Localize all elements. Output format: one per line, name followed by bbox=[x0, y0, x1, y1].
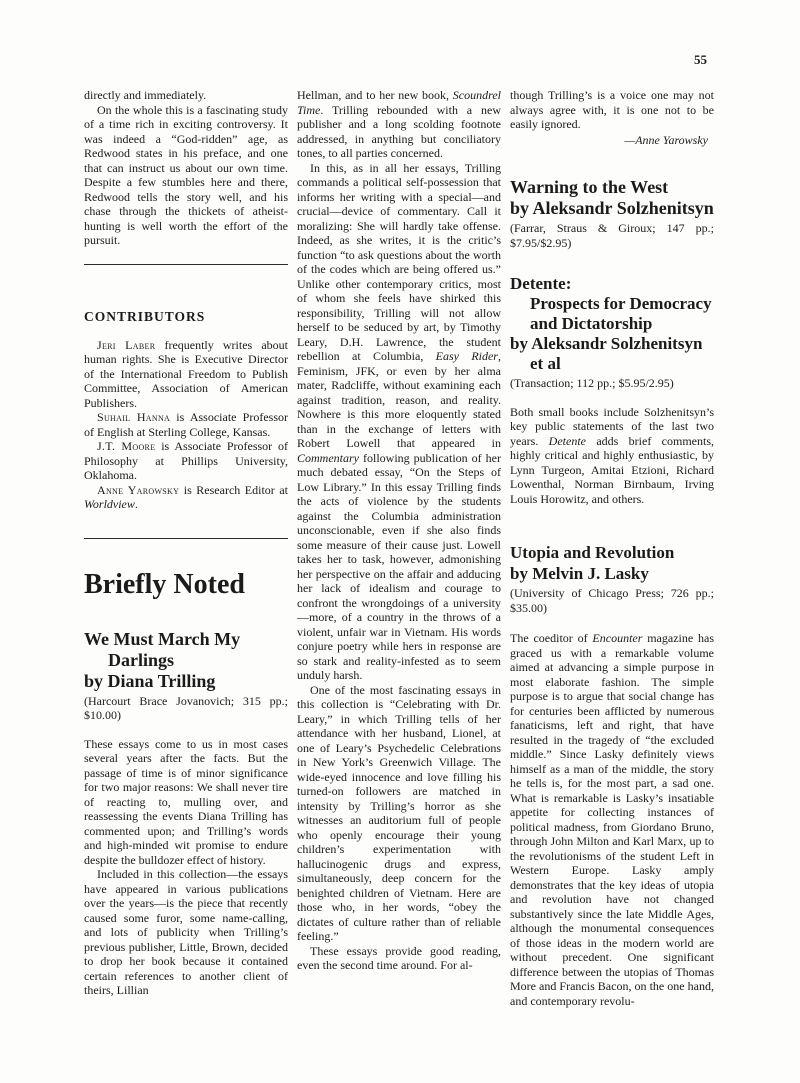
book-title-inline: Detente bbox=[549, 434, 586, 448]
book-title-line: Warning to the West bbox=[510, 177, 714, 198]
book-author: by Diana Trilling bbox=[84, 671, 288, 692]
review-utopia-and-revolution: Utopia and Revolutionby Melvin J. Lasky … bbox=[510, 542, 714, 1008]
book-author-suffix: et al bbox=[510, 354, 714, 374]
paragraph: These essays provide good reading, even … bbox=[297, 944, 501, 973]
book-title-line: Utopia and Revolution bbox=[510, 542, 714, 563]
review-we-must-march: We Must March MyDarlingsby Diana Trillin… bbox=[84, 629, 288, 998]
text-run: , Feminism, JFK, or even by her alma mat… bbox=[297, 349, 501, 450]
book-title: Detente:Prospects for Democracyand Dicta… bbox=[510, 274, 714, 374]
page-columns: directly and immediately. On the whole t… bbox=[0, 0, 800, 1008]
paragraph-continuation: Hellman, and to her new book, Scoundrel … bbox=[297, 88, 501, 161]
book-title: We Must March MyDarlingsby Diana Trillin… bbox=[84, 629, 288, 692]
paragraph-continuation-end: directly and immediately. bbox=[84, 88, 288, 103]
publisher-info: (Farrar, Straus & Giroux; 147 pp.; $7.95… bbox=[510, 221, 714, 250]
paragraph: These essays come to us in most cases se… bbox=[84, 737, 288, 868]
contributor-entry: Jeri Laber frequently writes about human… bbox=[84, 338, 288, 411]
middle-column: Hellman, and to her new book, Scoundrel … bbox=[297, 88, 501, 1008]
book-author: by Melvin J. Lasky bbox=[510, 563, 714, 584]
publisher-info: (Transaction; 112 pp.; $5.95/2.95) bbox=[510, 376, 714, 391]
book-title-line: and Dictatorship bbox=[510, 314, 714, 334]
contributor-name: Suhail Hanna bbox=[97, 410, 170, 424]
right-column: though Trilling’s is a voice one may not… bbox=[510, 88, 714, 1008]
publisher-info: (University of Chicago Press; 726 pp.; $… bbox=[510, 586, 714, 615]
text-run: Hellman, and to her new book, bbox=[297, 88, 453, 102]
paragraph: Included in this collection—the essays h… bbox=[84, 867, 288, 998]
contributor-name: Anne Yarowsky bbox=[97, 483, 179, 497]
magazine-title-inline: Commentary bbox=[297, 451, 359, 465]
book-author: by Aleksandr Solzhenitsyn bbox=[510, 334, 714, 354]
text-run: . Trilling rebounded with a new publishe… bbox=[297, 103, 501, 161]
horizontal-rule bbox=[84, 538, 288, 539]
book-title-line: Prospects for Democracy bbox=[510, 294, 714, 314]
paragraph: In this, as in all her essays, Trilling … bbox=[297, 161, 501, 683]
paragraph-continuation-end: though Trilling’s is a voice one may not… bbox=[510, 88, 714, 132]
left-column: directly and immediately. On the whole t… bbox=[84, 88, 288, 1008]
magazine-page: { "page": { "number": "55" }, "left": { … bbox=[0, 0, 800, 1083]
text-run: The coeditor of bbox=[510, 631, 592, 645]
review-detente: Detente:Prospects for Democracyand Dicta… bbox=[510, 274, 714, 506]
paragraph: One of the most fascinating essays in th… bbox=[297, 683, 501, 944]
book-title: Warning to the Westby Aleksandr Solzheni… bbox=[510, 177, 714, 219]
contributor-entry: Suhail Hanna is Associate Professor of E… bbox=[84, 410, 288, 439]
contributor-entry: J.T. Moore is Associate Professor of Phi… bbox=[84, 439, 288, 483]
contributor-text-tail: . bbox=[135, 497, 138, 511]
briefly-noted-heading: Briefly Noted bbox=[84, 569, 288, 601]
contributor-text: is Research Editor at bbox=[179, 483, 288, 497]
horizontal-rule bbox=[84, 264, 288, 265]
reviewer-signature: —Anne Yarowsky bbox=[510, 133, 708, 148]
paragraph: Both small books include Solzhenitsyn’s … bbox=[510, 405, 714, 507]
book-title-line: Detente: bbox=[510, 274, 714, 294]
paragraph: On the whole this is a fascinating study… bbox=[84, 103, 288, 248]
magazine-name: Worldview bbox=[84, 497, 135, 511]
film-title-inline: Easy Rider bbox=[436, 349, 498, 363]
text-run: following publication of her much debate… bbox=[297, 451, 501, 683]
publisher-info: (Harcourt Brace Jovanovich; 315 pp.; $10… bbox=[84, 694, 288, 723]
contributor-entry: Anne Yarowsky is Research Editor at Worl… bbox=[84, 483, 288, 512]
review-warning-to-the-west: Warning to the Westby Aleksandr Solzheni… bbox=[510, 177, 714, 250]
text-run: In this, as in all her essays, Trilling … bbox=[297, 161, 501, 364]
contributors-heading: CONTRIBUTORS bbox=[84, 309, 288, 325]
book-title-line: Darlings bbox=[84, 650, 288, 671]
text-run: magazine has graced us with a remarkable… bbox=[510, 631, 714, 1008]
book-title: Utopia and Revolutionby Melvin J. Lasky bbox=[510, 542, 714, 584]
magazine-title-inline: Encounter bbox=[592, 631, 642, 645]
contributor-name: Jeri Laber bbox=[97, 338, 155, 352]
page-number: 55 bbox=[694, 52, 707, 68]
book-author: by Aleksandr Solzhenitsyn bbox=[510, 198, 714, 219]
book-title-line: We Must March My bbox=[84, 629, 288, 650]
paragraph: The coeditor of Encounter magazine has g… bbox=[510, 631, 714, 1008]
contributors-section: CONTRIBUTORS Jeri Laber frequently write… bbox=[84, 309, 288, 512]
contributor-name: J.T. Moore bbox=[97, 439, 155, 453]
